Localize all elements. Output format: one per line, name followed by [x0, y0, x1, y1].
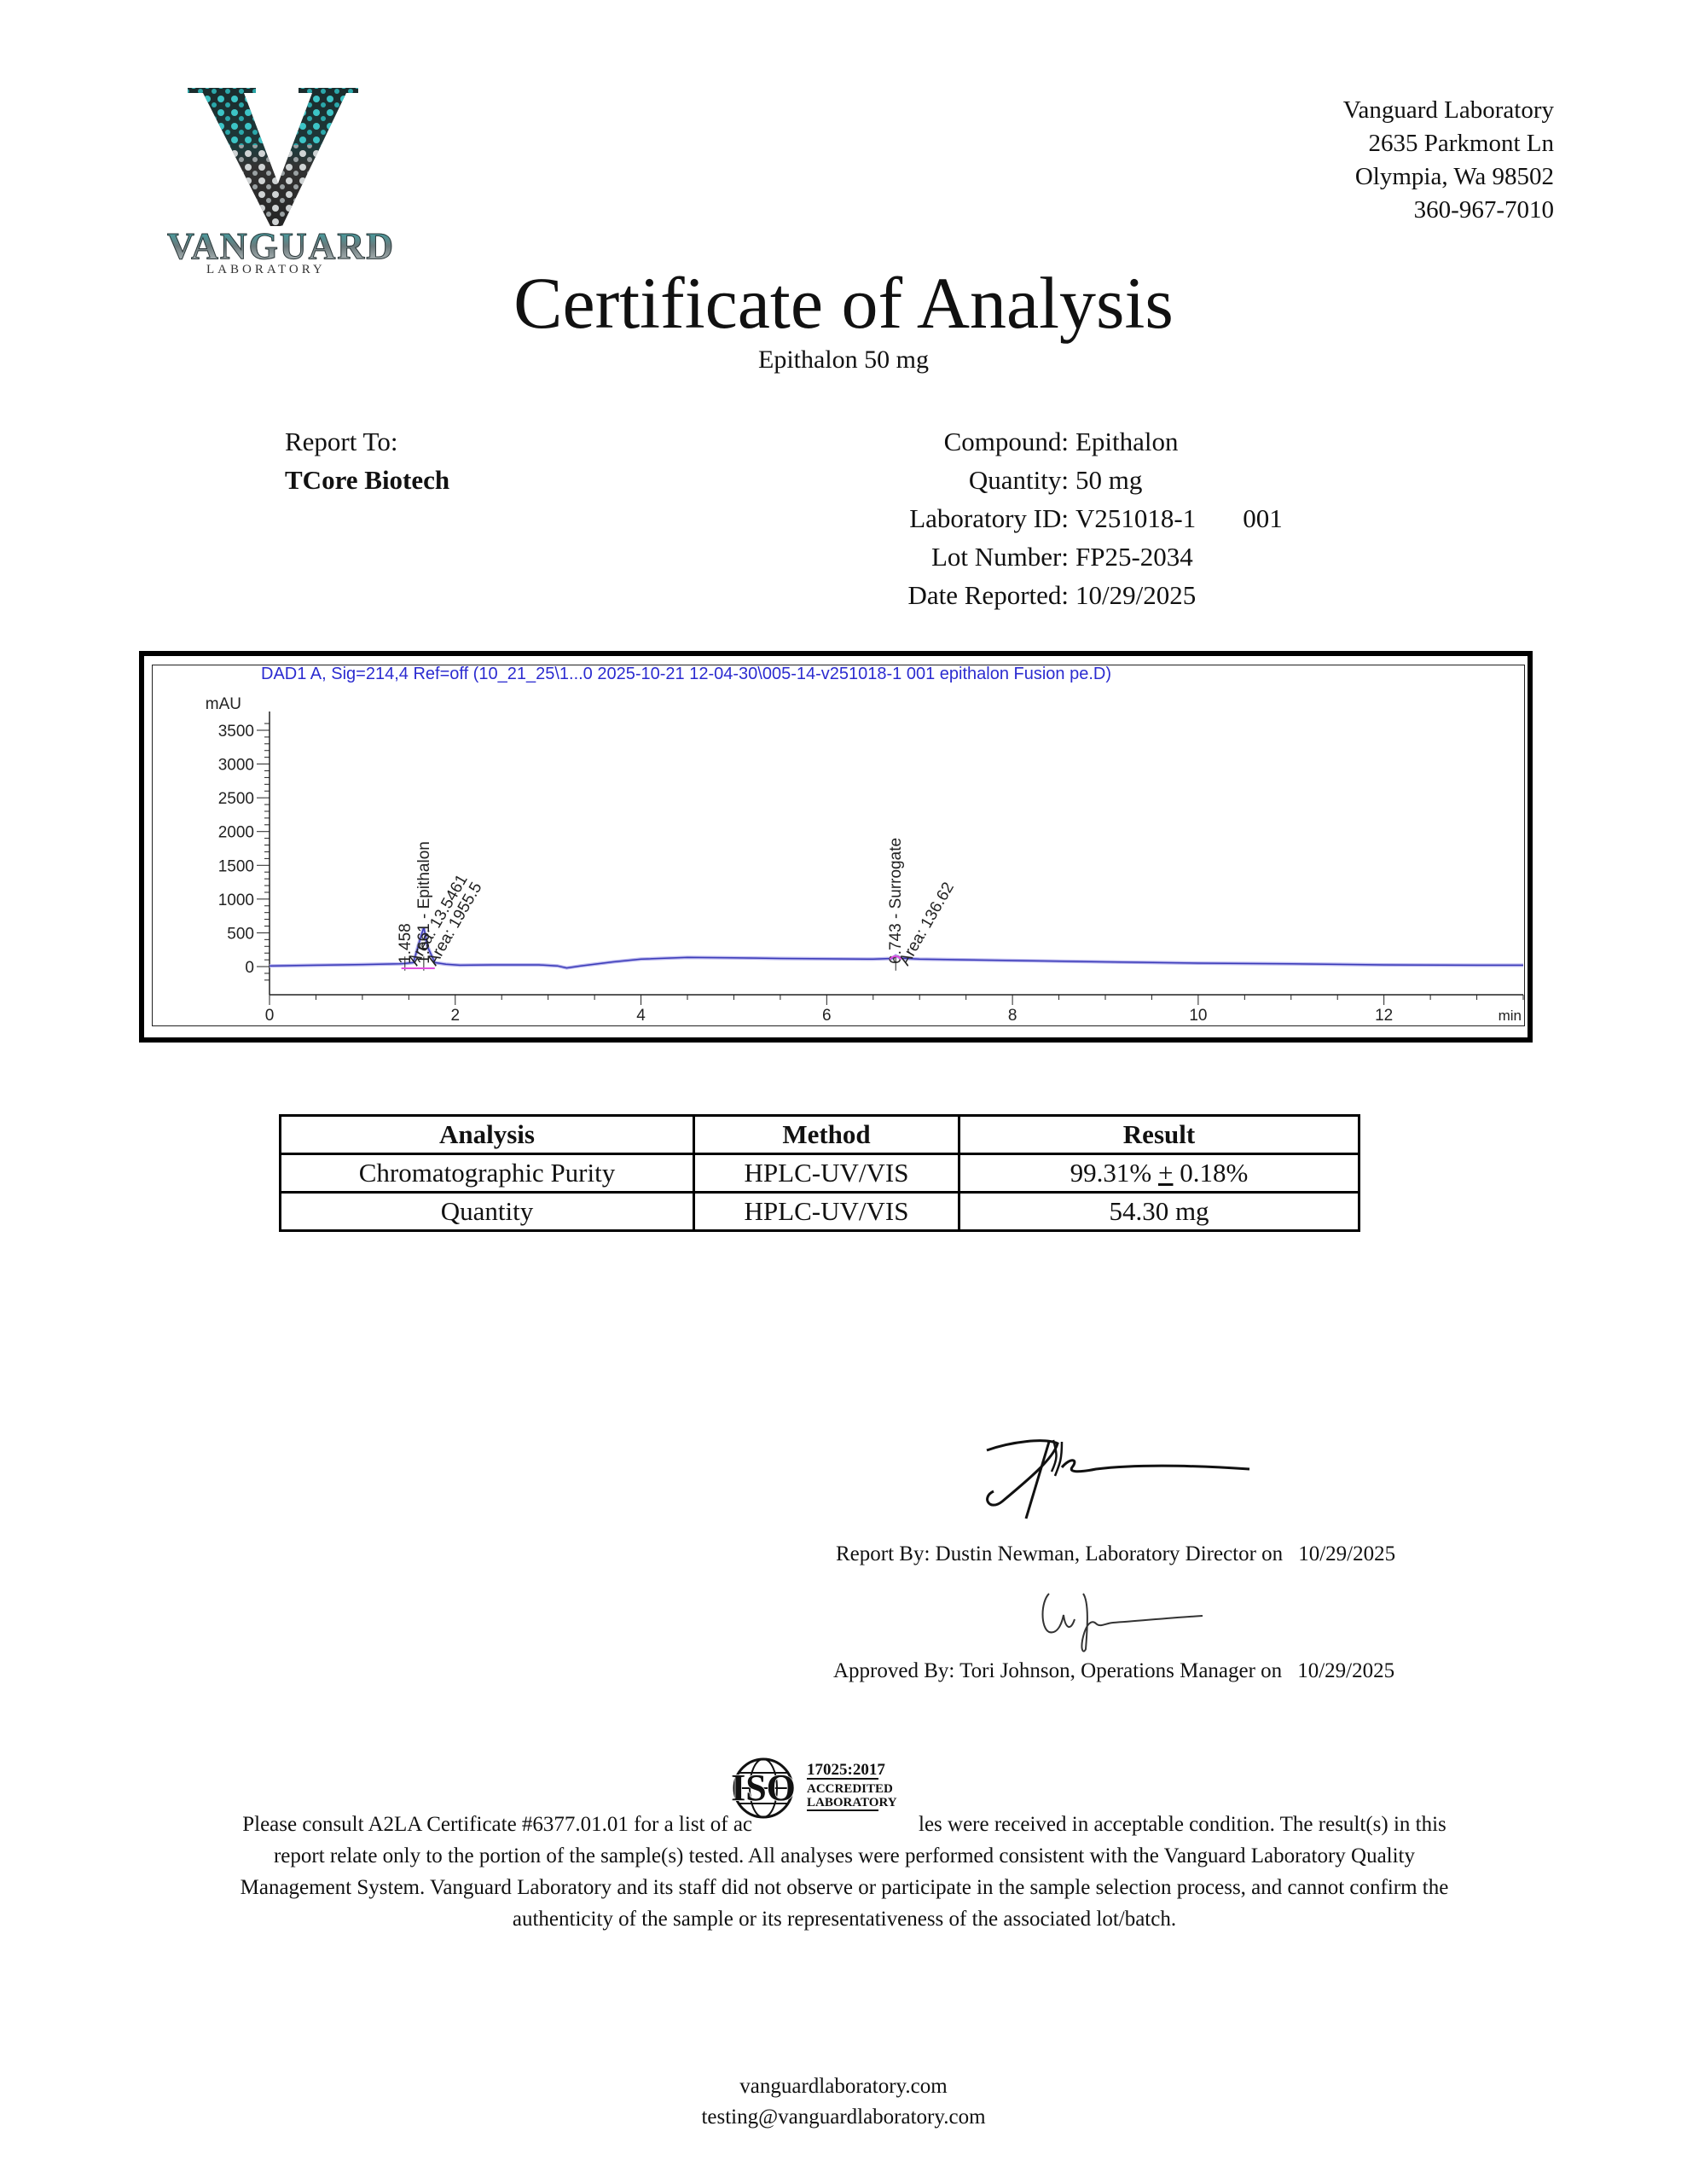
approved-by-line: Approved By: Tori Johnson, Operations Ma… [833, 1659, 1394, 1683]
results-table: Analysis Method Result Chromatographic P… [279, 1114, 1360, 1232]
page-title: Certificate of Analysis [0, 260, 1687, 346]
svg-text:ISO: ISO [731, 1767, 796, 1809]
svg-text:2000: 2000 [218, 824, 254, 842]
info-label: Date Reported: [844, 576, 1075, 614]
footer: vanguardlaboratory.com testing@vanguardl… [0, 2071, 1687, 2133]
report-to: Report To: TCore Biotech [285, 422, 449, 499]
table-row: Chromatographic Purity HPLC-UV/VIS 99.31… [281, 1154, 1359, 1193]
svg-text:500: 500 [227, 925, 254, 943]
svg-text:6.743 - Surrogate: 6.743 - Surrogate [887, 838, 905, 964]
info-value: FP25-2034 [1075, 537, 1193, 576]
column-header-result: Result [959, 1116, 1359, 1154]
svg-text:0: 0 [265, 1007, 275, 1025]
svg-text:mAU: mAU [206, 695, 241, 713]
svg-text:17025:2017: 17025:2017 [807, 1761, 885, 1779]
approved-by-text: Approved By: Tori Johnson, Operations Ma… [833, 1659, 1282, 1682]
report-by-line: Report By: Dustin Newman, Laboratory Dir… [836, 1542, 1395, 1566]
lab-city: Olympia, Wa 98502 [1343, 160, 1554, 194]
chromatogram-chart: DAD1 A, Sig=214,4 Ref=off (10_21_25\1...… [152, 665, 1525, 1026]
svg-text:2: 2 [450, 1007, 460, 1025]
result-uncertainty: 0.18% [1173, 1158, 1248, 1188]
manager-signature-icon [1036, 1585, 1207, 1653]
report-to-label: Report To: [285, 422, 449, 461]
svg-text:Area: 136.62: Area: 136.62 [896, 880, 958, 969]
svg-text:1.661 - Epithalon: 1.661 - Epithalon [415, 841, 433, 964]
info-label: Quantity: [844, 461, 1075, 499]
sample-info: Compound: Epithalon Quantity: 50 mg Labo… [844, 422, 1283, 614]
lab-name: Vanguard Laboratory [1343, 94, 1554, 127]
svg-text:ACCREDITED: ACCREDITED [807, 1782, 893, 1796]
disclaimer-line: Please consult A2LA Certificate #6377.01… [154, 1809, 1535, 1840]
info-label: Lot Number: [844, 537, 1075, 576]
svg-text:12: 12 [1375, 1007, 1393, 1025]
result-cell: 54.30 mg [959, 1193, 1359, 1231]
svg-text:10: 10 [1189, 1007, 1207, 1025]
info-row-lot-number: Lot Number: FP25-2034 [844, 537, 1283, 576]
disclaimer-line: Management System. Vanguard Laboratory a… [154, 1872, 1535, 1903]
disclaimer-text: les were received in acceptable conditio… [919, 1813, 1446, 1836]
table-header-row: Analysis Method Result [281, 1116, 1359, 1154]
info-label: Laboratory ID: [844, 499, 1075, 537]
svg-text:2500: 2500 [218, 790, 254, 808]
svg-text:3500: 3500 [218, 723, 254, 741]
info-value: 50 mg [1075, 461, 1142, 499]
v-logo-icon [162, 81, 384, 226]
lab-street: 2635 Parkmont Ln [1343, 127, 1554, 160]
svg-text:DAD1 A, Sig=214,4 Ref=off (10_: DAD1 A, Sig=214,4 Ref=off (10_21_25\1...… [261, 665, 1111, 683]
svg-text:1000: 1000 [218, 892, 254, 909]
footer-website[interactable]: vanguardlaboratory.com [0, 2071, 1687, 2102]
svg-text:min: min [1499, 1008, 1522, 1024]
lab-address: Vanguard Laboratory 2635 Parkmont Ln Oly… [1343, 94, 1554, 227]
table-row: Quantity HPLC-UV/VIS 54.30 mg [281, 1193, 1359, 1231]
method-cell: HPLC-UV/VIS [694, 1154, 959, 1193]
svg-text:4: 4 [636, 1007, 646, 1025]
disclaimer-line: authenticity of the sample or its repres… [154, 1903, 1535, 1935]
info-extra: 001 [1243, 499, 1283, 537]
disclaimer-text: Please consult A2LA Certificate #6377.01… [242, 1813, 752, 1836]
info-value: Epithalon [1075, 422, 1179, 461]
director-signature-icon [977, 1433, 1258, 1527]
info-row-laboratory-id: Laboratory ID: V251018-1 001 [844, 499, 1283, 537]
column-header-method: Method [694, 1116, 959, 1154]
vanguard-logo: VANGUARD LABORATORY [162, 81, 384, 269]
disclaimer-line: report relate only to the portion of the… [154, 1840, 1535, 1872]
report-by-date: 10/29/2025 [1298, 1542, 1395, 1565]
disclaimer: Please consult A2LA Certificate #6377.01… [154, 1809, 1535, 1935]
lab-phone: 360-967-7010 [1343, 194, 1554, 227]
approved-by-date: 10/29/2025 [1297, 1659, 1394, 1682]
report-by-text: Report By: Dustin Newman, Laboratory Dir… [836, 1542, 1283, 1565]
plus-minus-sign: + [1158, 1158, 1173, 1188]
svg-text:1500: 1500 [218, 857, 254, 875]
page-subtitle: Epithalon 50 mg [0, 346, 1687, 375]
svg-text:8: 8 [1008, 1007, 1017, 1025]
svg-text:0: 0 [245, 959, 254, 977]
footer-email[interactable]: testing@vanguardlaboratory.com [0, 2102, 1687, 2133]
info-value: V251018-1 [1075, 499, 1196, 537]
result-cell: 99.31% + 0.18% [959, 1154, 1359, 1193]
info-row-quantity: Quantity: 50 mg [844, 461, 1283, 499]
info-row-compound: Compound: Epithalon [844, 422, 1283, 461]
info-row-date-reported: Date Reported: 10/29/2025 [844, 576, 1283, 614]
analysis-cell: Chromatographic Purity [281, 1154, 694, 1193]
svg-text:LABORATORY: LABORATORY [807, 1796, 897, 1809]
column-header-analysis: Analysis [281, 1116, 694, 1154]
info-label: Compound: [844, 422, 1075, 461]
svg-text:6: 6 [822, 1007, 832, 1025]
info-value: 10/29/2025 [1075, 576, 1196, 614]
client-name: TCore Biotech [285, 461, 449, 499]
svg-text:3000: 3000 [218, 757, 254, 775]
analysis-cell: Quantity [281, 1193, 694, 1231]
result-value: 99.31% [1070, 1158, 1158, 1188]
method-cell: HPLC-UV/VIS [694, 1193, 959, 1231]
